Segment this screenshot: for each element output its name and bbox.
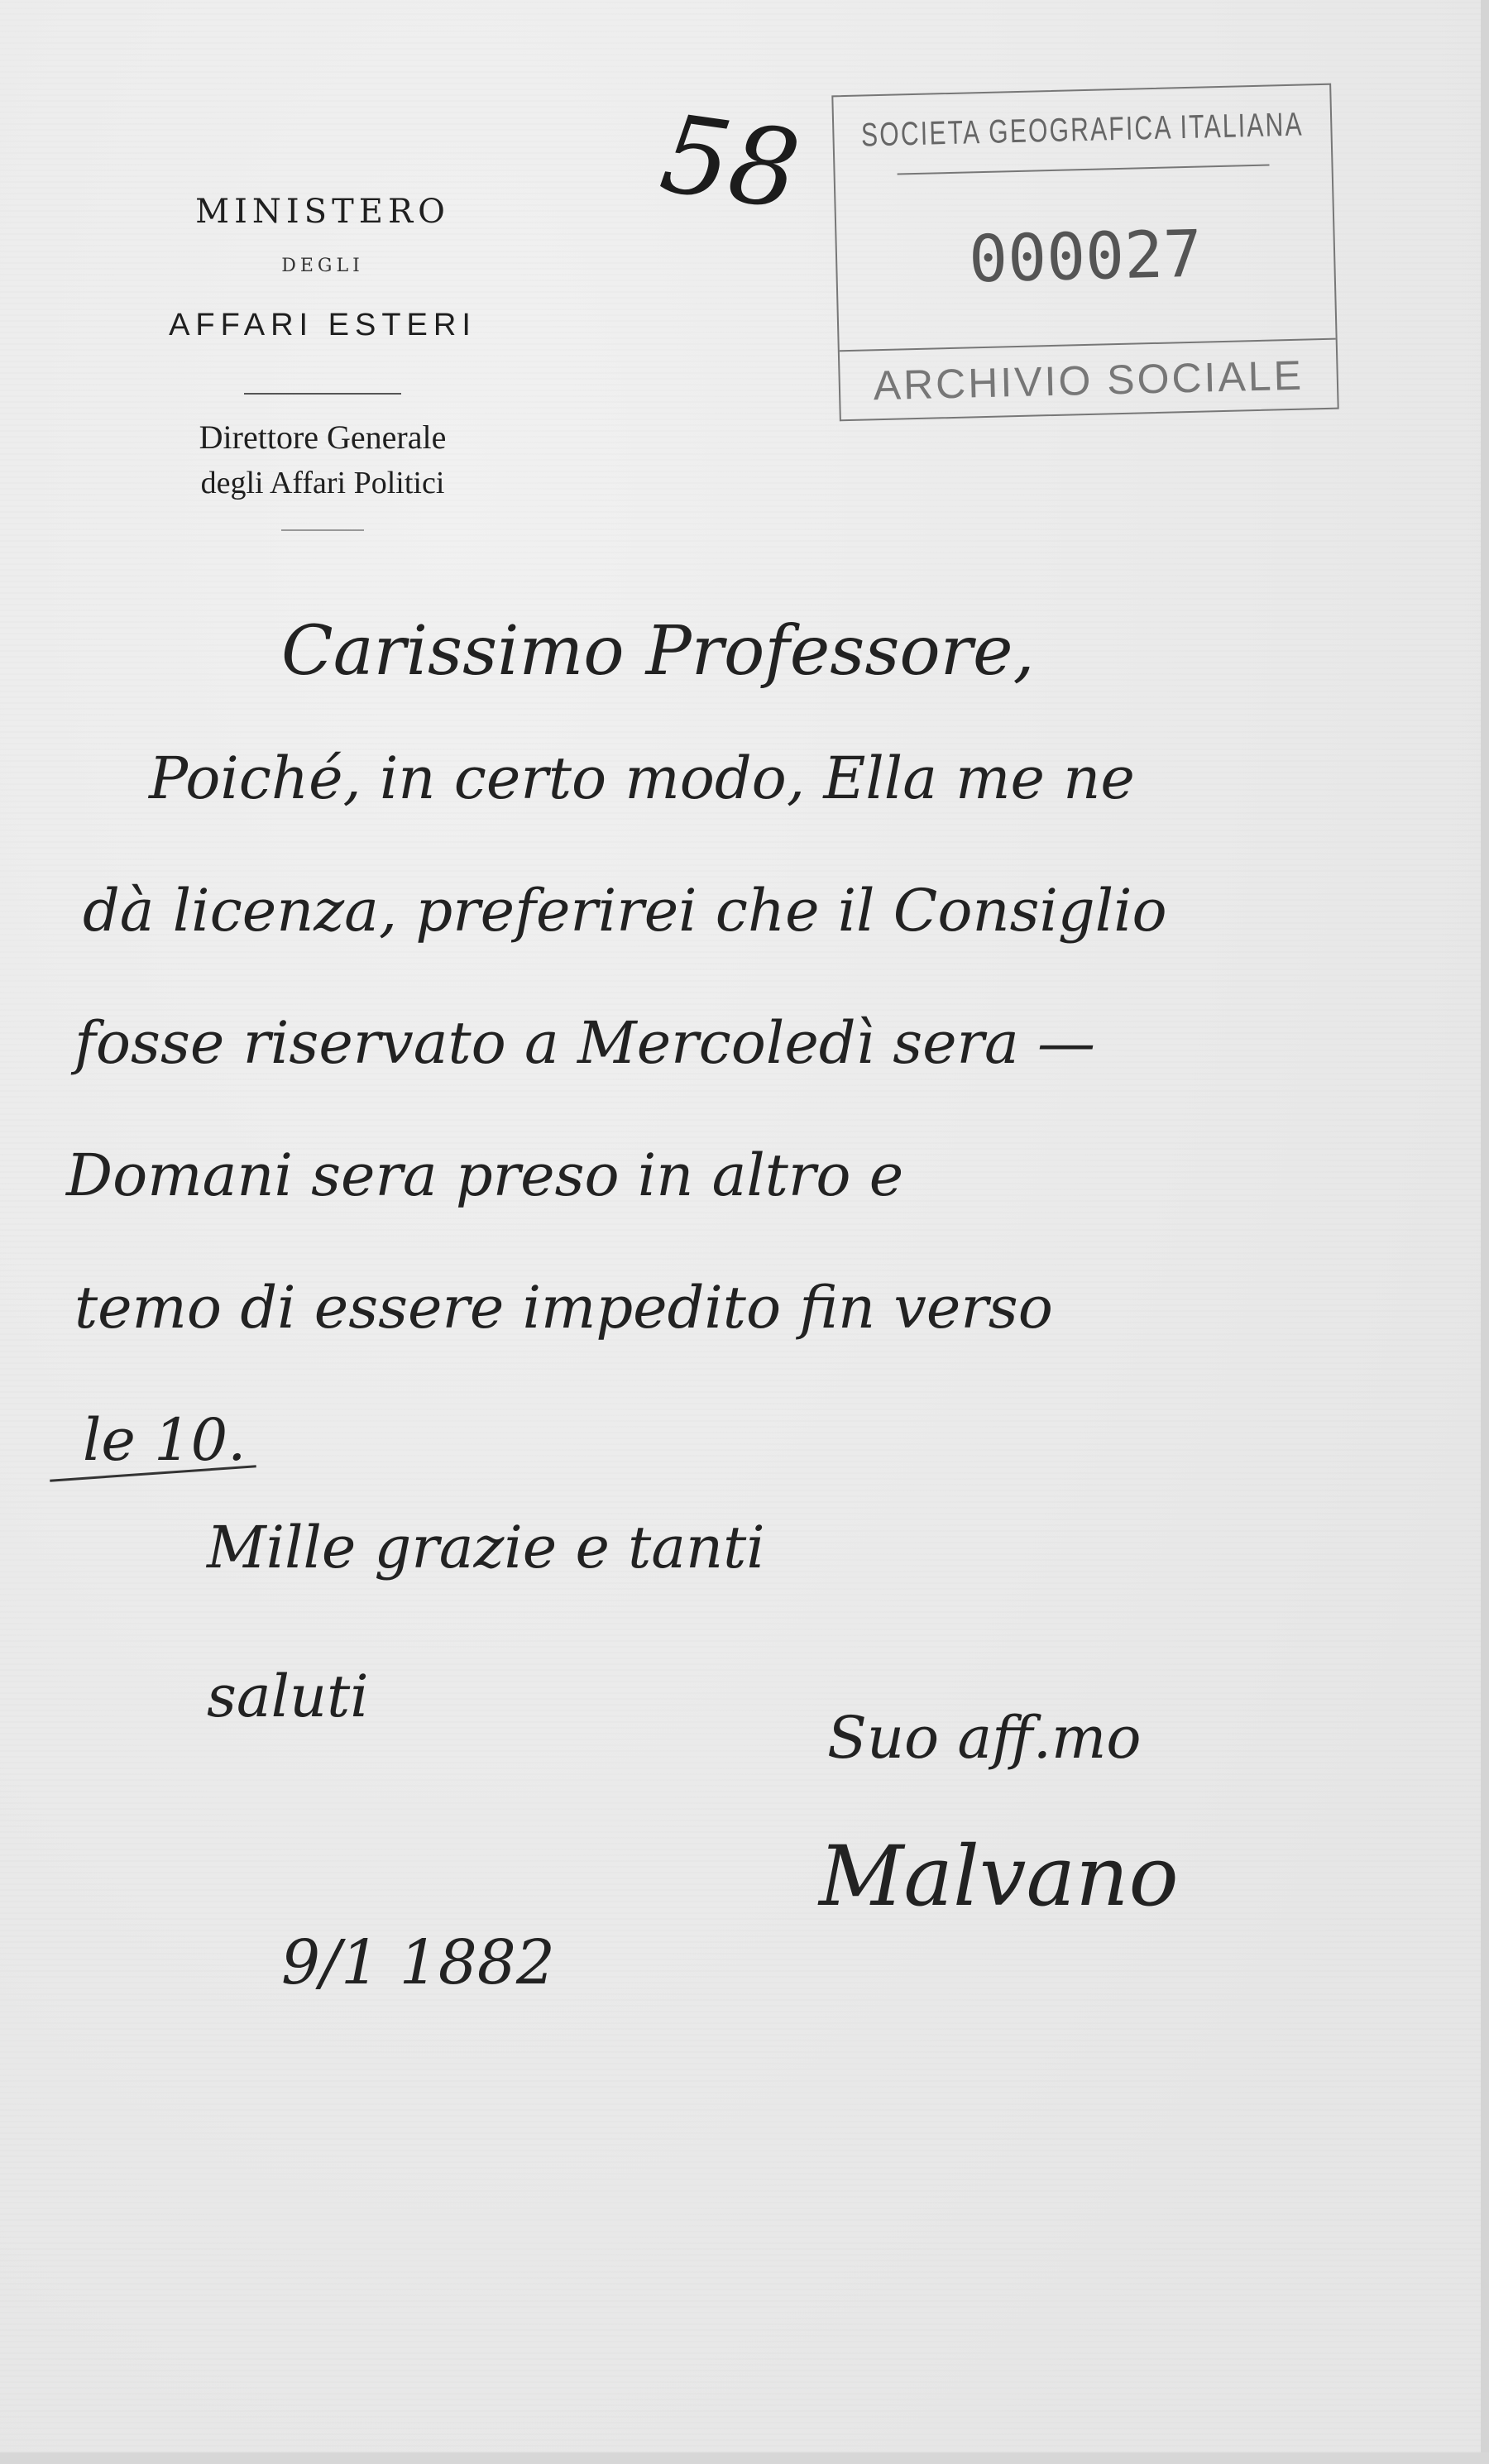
letterhead-affari-esteri: AFFARI ESTERI [108,308,538,343]
letterhead-office: Direttore Generale [108,418,538,457]
body-line: dà licenza, preferirei che il Consiglio [83,877,1167,945]
signature-prefix: Suo aff.mo [827,1704,1142,1772]
letterhead: MINISTERO DEGLI AFFARI ESTERI Direttore … [108,186,538,531]
page-edge [0,2452,1489,2464]
body-line: temo di essere impedito fin verso [74,1274,1053,1342]
salutation: Carissimo Professore, [281,612,1035,691]
letterhead-ministry: MINISTERO [108,193,538,231]
closing-line: saluti [207,1663,369,1730]
archive-stamp: SOCIETA GEOGRAFICA ITALIANA 000027 ARCHI… [831,84,1338,422]
page-edge [1481,0,1489,2464]
body-line: Poiché, in certo modo, Ella me ne [149,744,1135,812]
body-line: le 10. [83,1406,246,1474]
body-line: fosse riservato a Mercoledì sera — [74,1009,1095,1077]
letterhead-divider [244,393,401,395]
body-line: Domani sera preso in altro e [66,1141,903,1209]
date: 9/1 1882 [281,1927,555,1998]
letter-page: MINISTERO DEGLI AFFARI ESTERI Direttore … [0,0,1489,2464]
folio-number: 58 [654,90,807,234]
stamp-society: SOCIETA GEOGRAFICA ITALIANA [895,87,1269,175]
letterhead-department: degli Affari Politici [108,465,538,501]
letterhead-degli: DEGLI [108,256,538,276]
stamp-number: 000027 [835,165,1336,352]
signature: Malvano [819,1828,1179,1925]
stamp-archive: ARCHIVIO SOCIALE [840,340,1338,422]
letterhead-divider [281,529,364,531]
closing-line: Mille grazie e tanti [207,1514,765,1581]
